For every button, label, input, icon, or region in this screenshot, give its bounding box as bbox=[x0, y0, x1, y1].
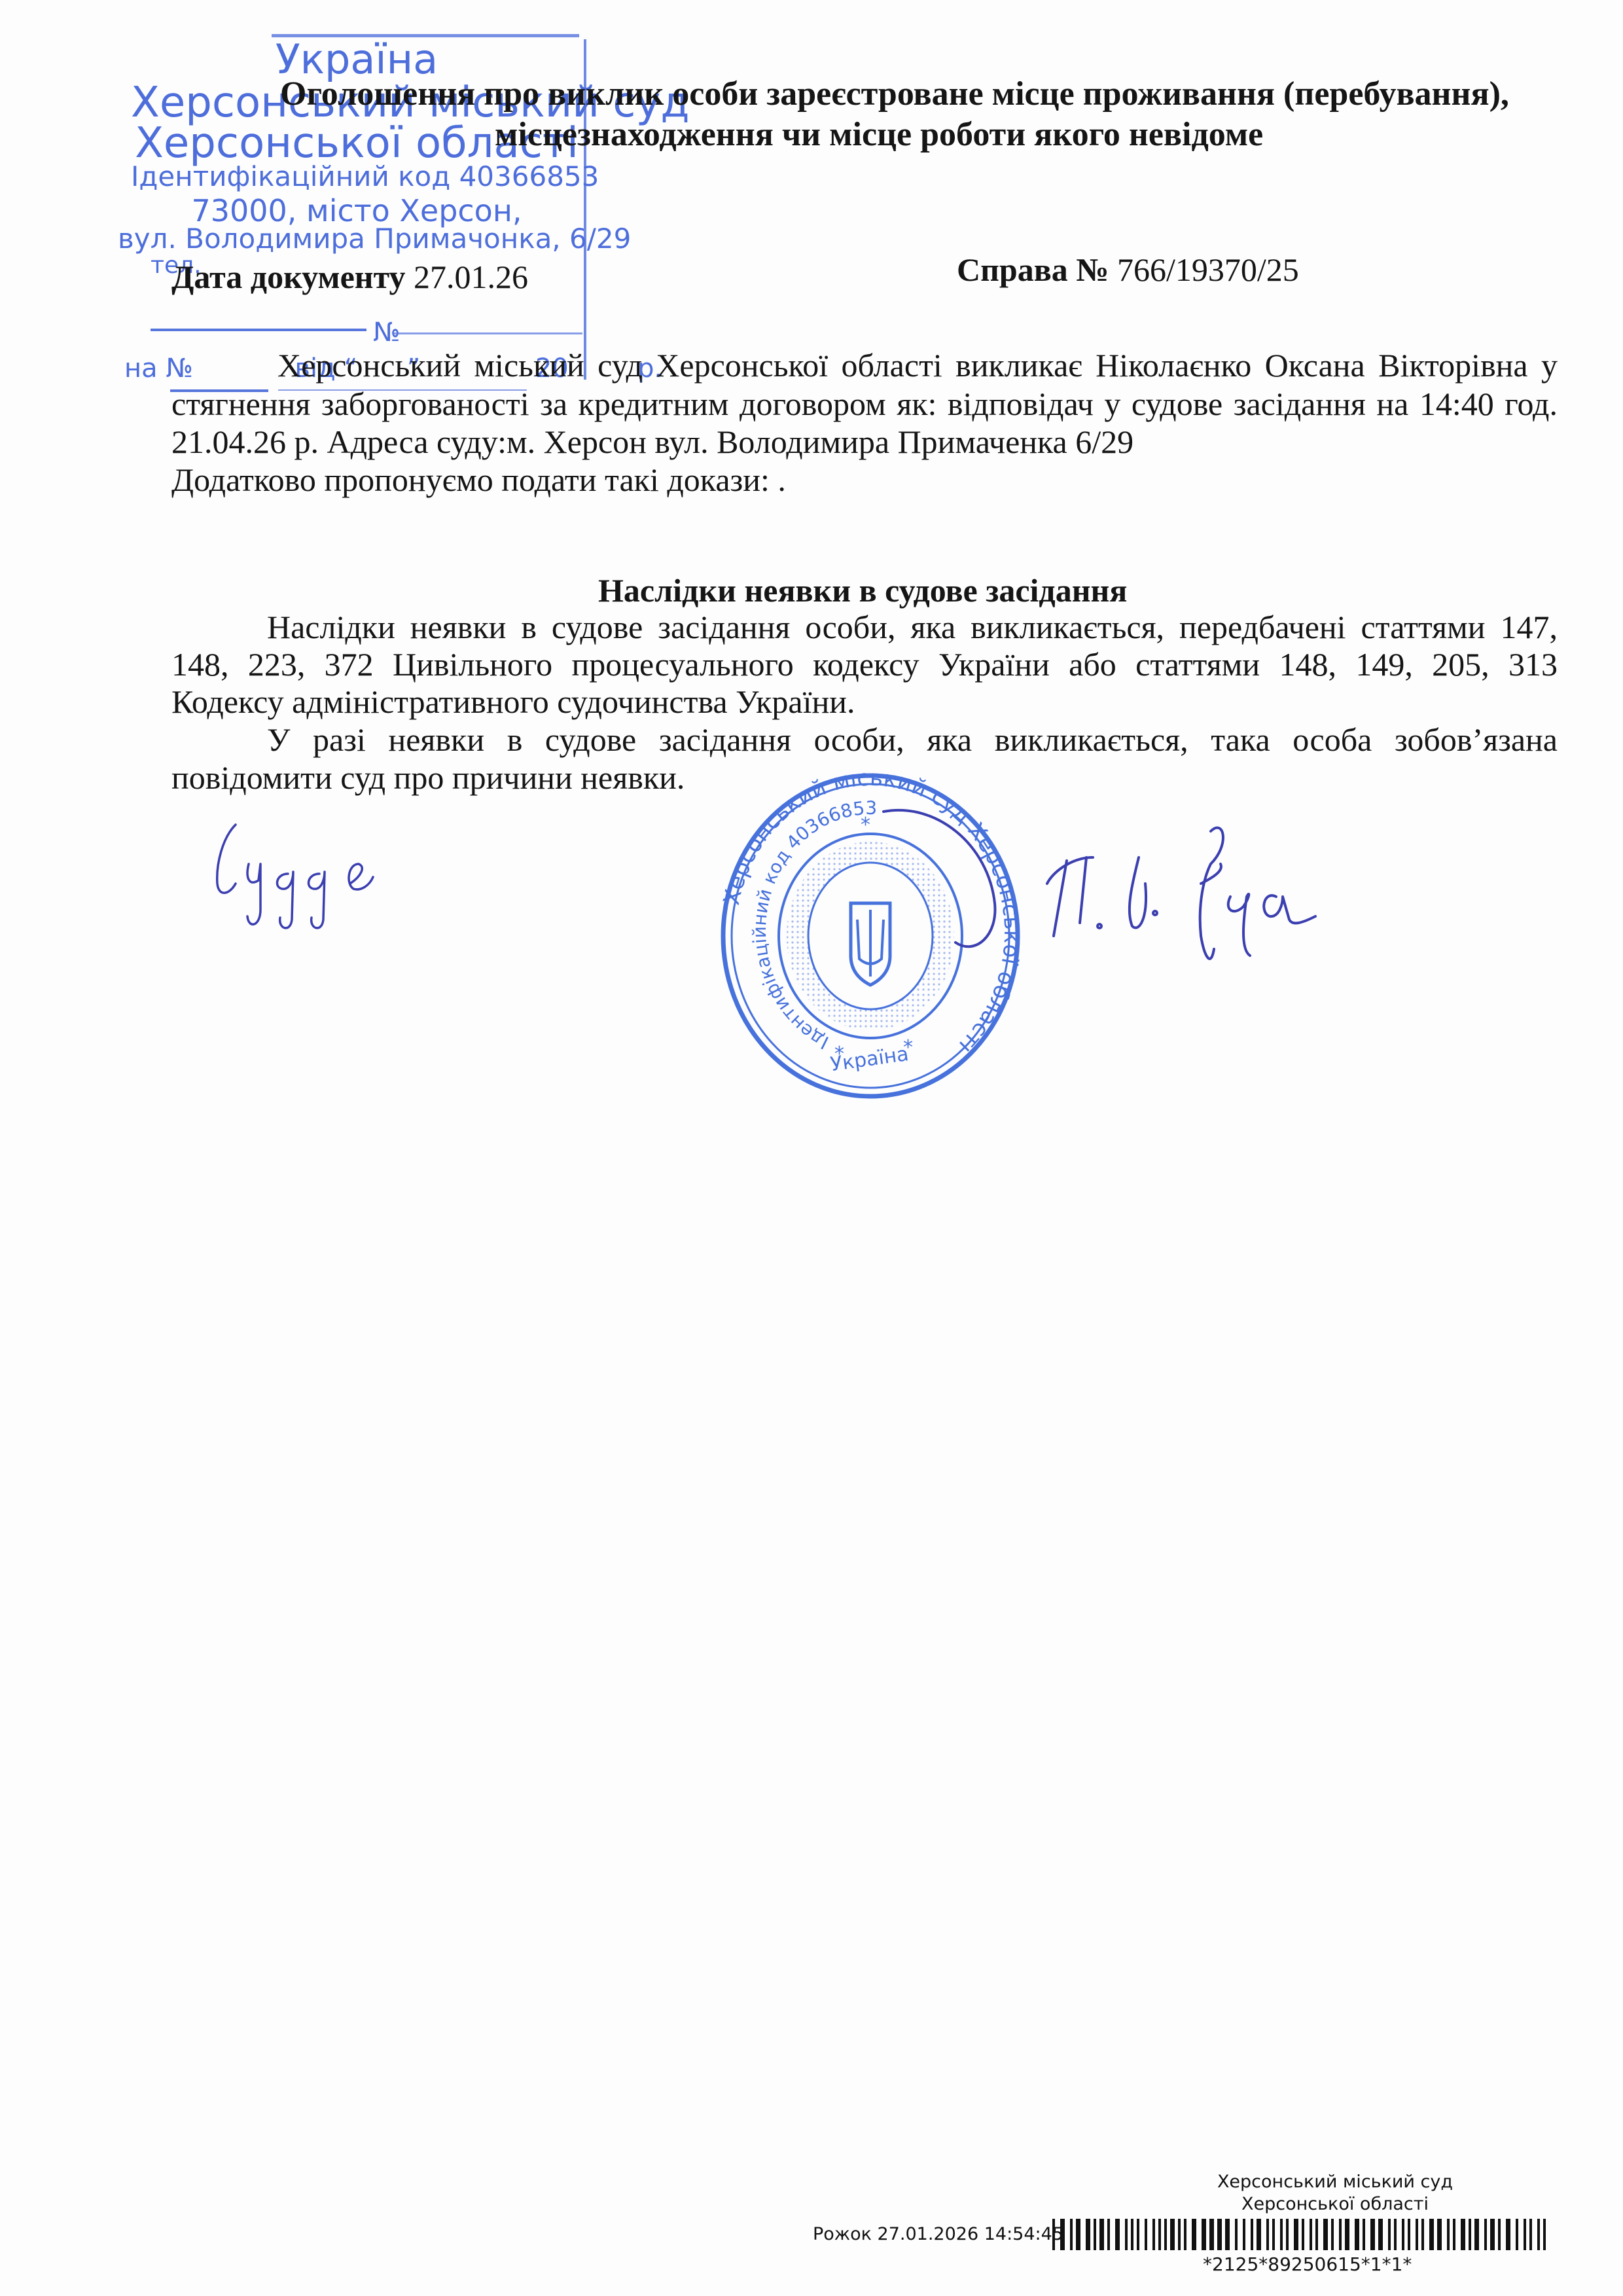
barcode-bar bbox=[1461, 2219, 1465, 2250]
document-title-line2: місцезнаходження чи місце роботи якого н… bbox=[495, 118, 1263, 152]
case-number-value: 766/19370/25 bbox=[1117, 251, 1299, 288]
summons-line2: стягнення заборгованості за кредитним до… bbox=[171, 387, 1558, 420]
barcode-bar bbox=[1498, 2219, 1501, 2250]
barcode-bar bbox=[1115, 2219, 1120, 2250]
barcode-bar bbox=[1076, 2219, 1080, 2250]
stamp-id-code: Ідентифікаційний код 40366853 bbox=[131, 160, 582, 192]
barcode-bar bbox=[1286, 2219, 1289, 2250]
barcode-bar bbox=[1145, 2219, 1147, 2250]
document-date: Дата документу 27.01.26 bbox=[171, 260, 528, 293]
consequences-heading: Наслідки неявки в судове засідання bbox=[598, 574, 1127, 607]
barcode-bar bbox=[1107, 2219, 1110, 2250]
barcode-bar bbox=[1170, 2219, 1175, 2250]
barcode-bar bbox=[1331, 2219, 1334, 2250]
summons-line3: 21.04.26 р. Адреса суду:м. Херсон вул. В… bbox=[171, 425, 1133, 458]
barcode-bar bbox=[1429, 2219, 1434, 2250]
barcode-bar bbox=[1164, 2219, 1167, 2250]
barcode-bar bbox=[1394, 2219, 1397, 2250]
consequences-p2-line1: У разі неявки в судове засідання особи, … bbox=[267, 723, 1558, 756]
barcode-bar bbox=[1217, 2219, 1222, 2250]
barcode-bar bbox=[1345, 2219, 1349, 2250]
barcode-bar bbox=[1052, 2219, 1055, 2250]
barcode-bar bbox=[1209, 2219, 1214, 2250]
barcode-bar bbox=[1402, 2219, 1404, 2250]
barcode-bar bbox=[1225, 2219, 1230, 2250]
consequences-p1-line1: Наслідки неявки в судове засідання особи… bbox=[267, 611, 1558, 643]
consequences-p2-line2: повідомити суд про причини неявки. bbox=[171, 761, 685, 794]
barcode-bar bbox=[1524, 2219, 1526, 2250]
consequences-p1-line3: Кодексу адміністративного судочинства Ук… bbox=[171, 685, 855, 718]
barcode-bar bbox=[1453, 2219, 1455, 2250]
barcode-bar bbox=[1131, 2219, 1133, 2250]
footer-operator-timestamp: Рожок 27.01.2026 14:54:45 bbox=[813, 2224, 1063, 2244]
case-number: Справа № 766/19370/25 bbox=[957, 253, 1299, 286]
barcode-bar bbox=[1437, 2219, 1442, 2250]
svg-text:*: * bbox=[834, 1043, 844, 1066]
barcode-bar bbox=[1416, 2219, 1418, 2250]
summons-line1: Херсонський міський суд Херсонської обла… bbox=[277, 349, 1558, 382]
judge-signature bbox=[857, 805, 1329, 1001]
barcode-bar bbox=[1184, 2219, 1186, 2250]
barcode-bar bbox=[1378, 2219, 1383, 2250]
barcode-bar bbox=[1484, 2219, 1487, 2250]
barcode-bar bbox=[1370, 2219, 1375, 2250]
barcode-bar bbox=[1178, 2219, 1181, 2250]
barcode-bar bbox=[1086, 2219, 1090, 2250]
stamp-reply-label: на № bbox=[124, 353, 193, 384]
barcode-bar bbox=[1251, 2219, 1253, 2250]
barcode-bar bbox=[1529, 2219, 1532, 2250]
barcode-bar bbox=[1235, 2219, 1238, 2250]
summons-line4: Додатково пропонуємо подати такі докази:… bbox=[171, 463, 786, 496]
barcode-bar bbox=[1447, 2219, 1450, 2250]
barcode-bar bbox=[1474, 2219, 1479, 2250]
stamp-underline bbox=[393, 332, 582, 334]
barcode-bar bbox=[1266, 2219, 1269, 2250]
document-date-value: 27.01.26 bbox=[414, 259, 528, 295]
barcode-bar bbox=[1323, 2219, 1328, 2250]
barcode-bar bbox=[1060, 2219, 1065, 2250]
barcode-bar bbox=[1516, 2219, 1518, 2250]
barcode-bar bbox=[1272, 2219, 1275, 2250]
barcode-bar bbox=[1192, 2219, 1196, 2250]
stamp-street: вул. Володимира Примачонка, 6/29 bbox=[118, 223, 582, 255]
barcode-bar bbox=[1099, 2219, 1104, 2250]
barcode-bar bbox=[1243, 2219, 1245, 2250]
barcode-bar bbox=[1302, 2219, 1304, 2250]
barcode-bar bbox=[1506, 2219, 1510, 2250]
barcode-bar bbox=[1315, 2219, 1318, 2250]
footer-court-line2: Херсонської області bbox=[1178, 2194, 1492, 2214]
barcode-bar bbox=[1257, 2219, 1261, 2250]
barcode-bar bbox=[1202, 2219, 1206, 2250]
barcode-bar bbox=[1158, 2219, 1161, 2250]
consequences-p1-line2: 148, 223, 372 Цивільного процесуального … bbox=[171, 648, 1558, 681]
footer-court-line1: Херсонський міський суд bbox=[1178, 2172, 1492, 2192]
barcode-bar bbox=[1310, 2219, 1312, 2250]
barcode-bar bbox=[1490, 2219, 1495, 2250]
barcode-bar bbox=[1094, 2219, 1096, 2250]
case-number-label: Справа № bbox=[957, 251, 1109, 288]
barcode bbox=[1052, 2219, 1556, 2250]
barcode-bar bbox=[1421, 2219, 1424, 2250]
barcode-bar bbox=[1280, 2219, 1283, 2250]
document-title-line1: Оголошення про виклик особи зареєстрован… bbox=[280, 77, 1509, 111]
document-date-label: Дата документу bbox=[171, 259, 405, 295]
barcode-bar bbox=[1339, 2219, 1342, 2250]
barcode-bar bbox=[1152, 2219, 1155, 2250]
stamp-underline bbox=[151, 329, 366, 331]
barcode-text: *2125*89250615*1*1* bbox=[1203, 2253, 1412, 2275]
barcode-bar bbox=[1355, 2219, 1359, 2250]
barcode-bar bbox=[1408, 2219, 1410, 2250]
barcode-bar bbox=[1469, 2219, 1471, 2250]
barcode-bar bbox=[1388, 2219, 1391, 2250]
barcode-bar bbox=[1070, 2219, 1073, 2250]
barcode-bar bbox=[1294, 2219, 1298, 2250]
barcode-bar bbox=[1137, 2219, 1139, 2250]
barcode-bar bbox=[1363, 2219, 1365, 2250]
barcode-bar bbox=[1537, 2219, 1540, 2250]
svg-text:*: * bbox=[903, 1036, 913, 1059]
barcode-bar bbox=[1125, 2219, 1128, 2250]
barcode-bar bbox=[1543, 2219, 1546, 2250]
judge-label-handwritten bbox=[209, 812, 419, 956]
